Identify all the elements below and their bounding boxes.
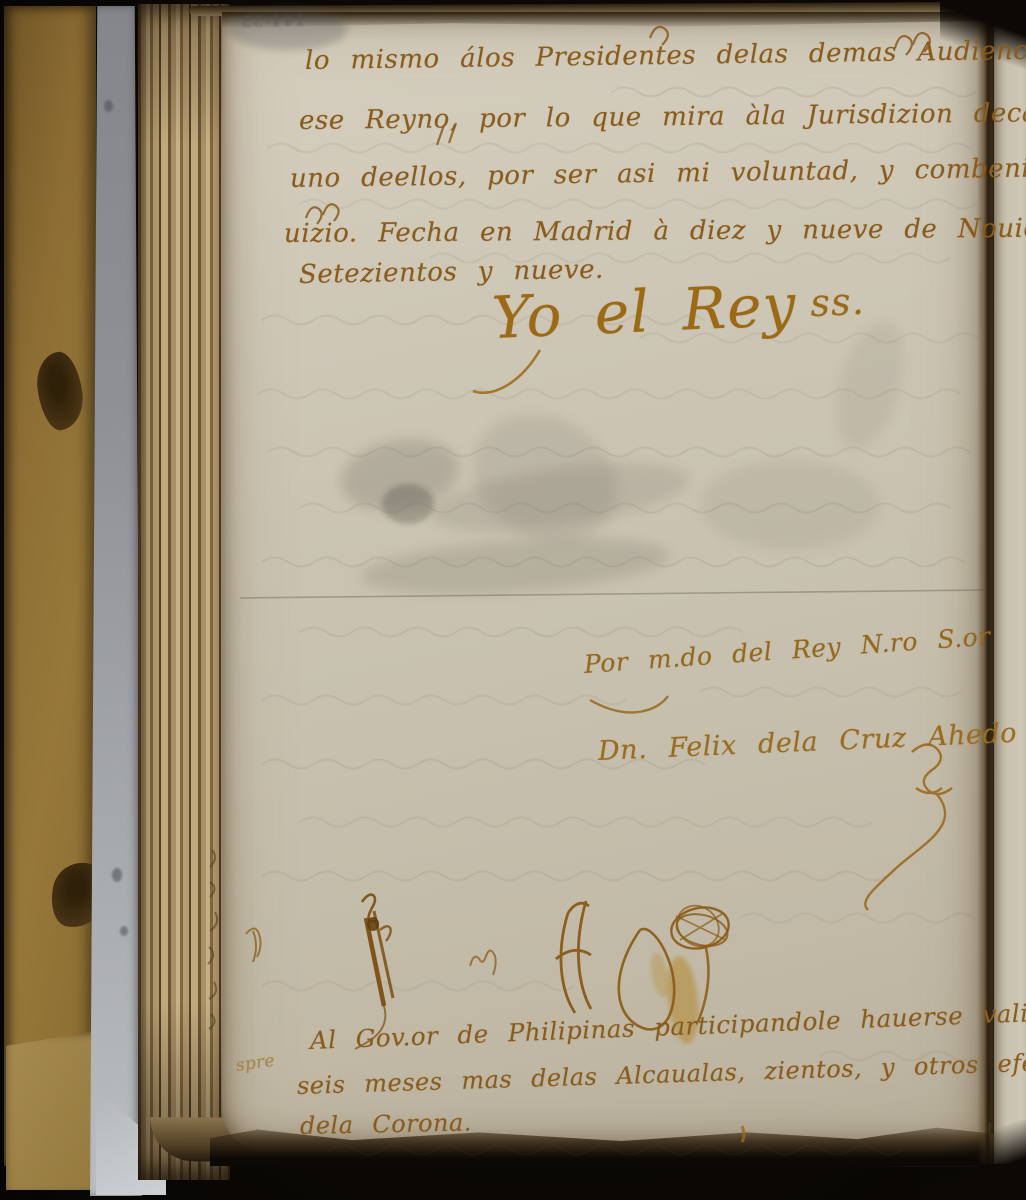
pen-trial-double-stroke (556, 901, 591, 1013)
pen-trial-margin-squiggle (246, 929, 261, 963)
pen-trial-m-mark (470, 951, 496, 976)
body-text-line-4: uizio. Fecha en Madrid à diez y nueve de… (284, 212, 1026, 249)
page-crease-line (240, 590, 985, 598)
attestation-underline-swash (590, 696, 668, 712)
royal-signature-text: Yo el Rey (491, 271, 798, 352)
fore-edge-writing (208, 850, 217, 1029)
ink-drip (742, 1126, 744, 1142)
photo-background: lo mismo álos Presidentes delas demas Au… (0, 0, 1026, 1200)
secretary-rubric-flourish (865, 744, 952, 910)
docket-line-3: dela Corona. (300, 1108, 472, 1140)
pencil-annotation: 144-35 (240, 11, 305, 31)
royal-signature-tail (473, 350, 540, 393)
royal-rubric: ss. (809, 279, 865, 325)
